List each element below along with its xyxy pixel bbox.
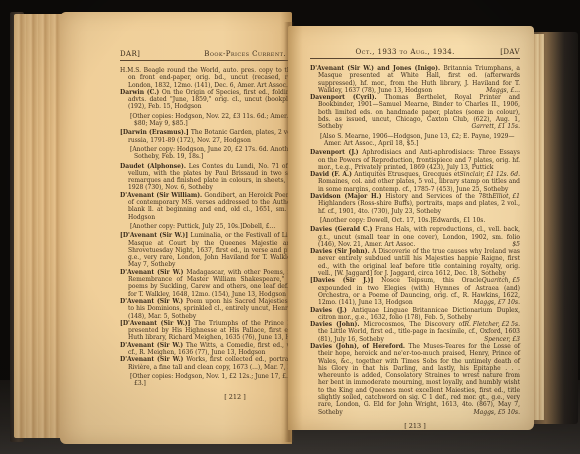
left-page-stack	[14, 14, 62, 438]
entry-buyer-price: Spencer, £3	[484, 336, 520, 343]
entry-buyer-price: Elliot, £1	[492, 193, 520, 200]
left-page: DAR] Book-Prices Current. H.M.S. Beagle …	[60, 12, 292, 444]
right-page: Oct., 1933 to Aug., 1934. [DAV D'Avenant…	[288, 26, 534, 430]
catalogue-note: [Other copies: Hodgson, Nov. 22, £3 11s.…	[120, 113, 292, 128]
catalogue-entry: Davies (J.) Antiquae Linguae Britannicae…	[310, 307, 520, 322]
running-head-right: [DAV	[500, 48, 520, 56]
page-number: [ 213 ]	[310, 422, 520, 430]
catalogue-entry: Davies (John), of Hereford. The Muses-Te…	[310, 343, 520, 416]
book-photo: DAR] Book-Prices Current. H.M.S. Beagle …	[0, 0, 580, 454]
entry-text: [Other copies: Hodgson, Nov. 1, £2 12s.;…	[130, 373, 292, 387]
entry-buyer-price: Maggs, £5 10s.	[474, 409, 520, 416]
catalogue-entry: [Darwin (Erasmus).] The Botanic Garden, …	[120, 129, 292, 144]
catalogue-note: [Another copy: Dowell, Oct. 17, 10s.]Edw…	[310, 217, 520, 224]
catalogue-entry: Davenport (J.) Aphrodisiacs and Anti-aph…	[310, 149, 520, 171]
catalogue-entry: [D'Avenant (Sir W.)] Luminalia, or the F…	[120, 232, 292, 268]
catalogue-entry: Davenport (Cyril). Thomas Berthelet, Roy…	[310, 94, 520, 130]
entry-buyer-price: $5	[512, 241, 520, 248]
catalogue-entry: H.M.S. Beagle round the World, auto. pre…	[120, 67, 292, 89]
entry-buyer-price: Sinclair, £1 12s. 6d.	[460, 171, 520, 178]
entry-heading: David (F. A.)	[310, 171, 354, 178]
catalogue-entry: D'Avenant (Sir W.) and Jones (Inigo). Br…	[310, 65, 520, 94]
left-entries: H.M.S. Beagle round the World, auto. pre…	[120, 67, 292, 387]
entry-text: [Another copy: Puttick, July 25, 10s.]	[130, 223, 242, 230]
entry-heading: D'Avenant (Sir W.)	[120, 342, 186, 349]
entry-heading: [D'Avenant (Sir W.)]	[120, 320, 194, 327]
entry-heading: [D'Avenant (Sir W.)]	[120, 232, 190, 239]
catalogue-entry: D'Avenant (Sir W.) Works, first collecte…	[120, 356, 292, 371]
entry-heading: Darwin (C.)	[120, 89, 162, 96]
right-page-content: Oct., 1933 to Aug., 1934. [DAV D'Avenant…	[310, 48, 520, 430]
catalogue-entry: Davidson (Major H.) History and Services…	[310, 193, 520, 215]
entry-heading: [Davies (Sir J.)]	[310, 277, 381, 284]
catalogue-entry: Daudet (Alphonse). Les Contes du Lundi, …	[120, 163, 292, 192]
entry-heading: Davidson (Major H.)	[310, 193, 385, 200]
catalogue-entry: Davies (Sir John). A Discoverie of the t…	[310, 248, 520, 277]
entry-heading: Davies (John).	[310, 321, 363, 328]
running-head-title: Book-Prices Current.	[140, 50, 292, 58]
entry-text: [Another copy: Dowell, Oct. 17, 10s.]	[320, 217, 433, 224]
entry-buyer-price: Dobell, £...	[242, 223, 275, 230]
catalogue-entry: D'Avenant (Sir William). Gondibert, an H…	[120, 192, 292, 221]
right-entries: D'Avenant (Sir W.) and Jones (Inigo). Br…	[310, 65, 520, 416]
entry-buyer-price: R. Fletcher, £2 5s.	[464, 321, 520, 328]
catalogue-entry: D'Avenant (Sir W.) Poem upon his Sacred …	[120, 298, 292, 320]
catalogue-entry: [D'Avenant (Sir W.)] The Triumphs of the…	[120, 320, 292, 342]
entry-heading: D'Avenant (Sir W.)	[120, 269, 186, 276]
entry-heading: Davies (J.)	[310, 307, 352, 314]
entry-buyer-price: Garrett, £1 15s.	[472, 123, 520, 130]
entry-heading: Davenport (J.)	[310, 149, 362, 156]
catalogue-note: [Another copy: Hodgson, June 20, £2 17s.…	[120, 146, 292, 161]
catalogue-note: [Another copy: Puttick, July 25, 10s.]Do…	[120, 223, 292, 230]
running-head-title: Oct., 1933 to Aug., 1934.	[310, 48, 500, 56]
entry-heading: Davenport (Cyril).	[310, 94, 385, 101]
catalogue-entry: D'Avenant (Sir W.) Madagascar, with othe…	[120, 269, 292, 298]
right-running-head: Oct., 1933 to Aug., 1934. [DAV	[310, 48, 520, 59]
entry-text: [Also S. Mearne, 1906—Hodgson, June 13, …	[320, 133, 514, 147]
entry-heading: Daudet (Alphonse).	[120, 163, 189, 170]
catalogue-entry: Darwin (C.) On the Origin of Species, fi…	[120, 89, 292, 111]
running-head-left: DAR]	[120, 50, 140, 58]
entry-buyer-price: Quaritch, £5	[482, 277, 520, 284]
page-number: [ 212 ]	[120, 393, 292, 401]
catalogue-note: [Other copies: Hodgson, Nov. 1, £2 12s.;…	[120, 373, 292, 388]
entry-heading: D'Avenant (Sir William).	[120, 192, 204, 199]
entry-heading: [Darwin (Erasmus).]	[120, 129, 191, 136]
entry-text: [Another copy: Hodgson, June 20, £2 17s.…	[130, 146, 292, 160]
entry-buyer-price: Maggs, £7 10s.	[474, 299, 520, 306]
entry-text: [Other copies: Hodgson, Nov. 22, £3 11s.…	[130, 113, 292, 127]
entry-text: The Muses-Teares for the Losse of their …	[318, 343, 520, 416]
catalogue-entry: D'Avenant (Sir W.) The Witts, a Comedie,…	[120, 342, 292, 357]
left-page-content: DAR] Book-Prices Current. H.M.S. Beagle …	[120, 50, 292, 401]
entry-text: H.M.S. Beagle round the World, auto. pre…	[120, 67, 292, 89]
entry-buyer-price: Edwards, £1 10s.	[433, 217, 486, 224]
entry-heading: D'Avenant (Sir W.)	[120, 356, 186, 363]
catalogue-note: [Also S. Mearne, 1906—Hodgson, June 13, …	[310, 133, 520, 148]
entry-heading: Davies (Sir John).	[310, 248, 372, 255]
entry-heading: Davies (Gerald C.)	[310, 226, 375, 233]
entry-heading: D'Avenant (Sir W.)	[120, 298, 186, 305]
catalogue-entry: Davies (Gerald C.) Frans Hals, with repr…	[310, 226, 520, 248]
entry-heading: D'Avenant (Sir W.) and Jones (Inigo).	[310, 65, 443, 72]
left-running-head: DAR] Book-Prices Current.	[120, 50, 292, 61]
entry-heading: Davies (John), of Hereford.	[310, 343, 409, 350]
entry-buyer-price: Maggs, £...	[486, 87, 520, 94]
